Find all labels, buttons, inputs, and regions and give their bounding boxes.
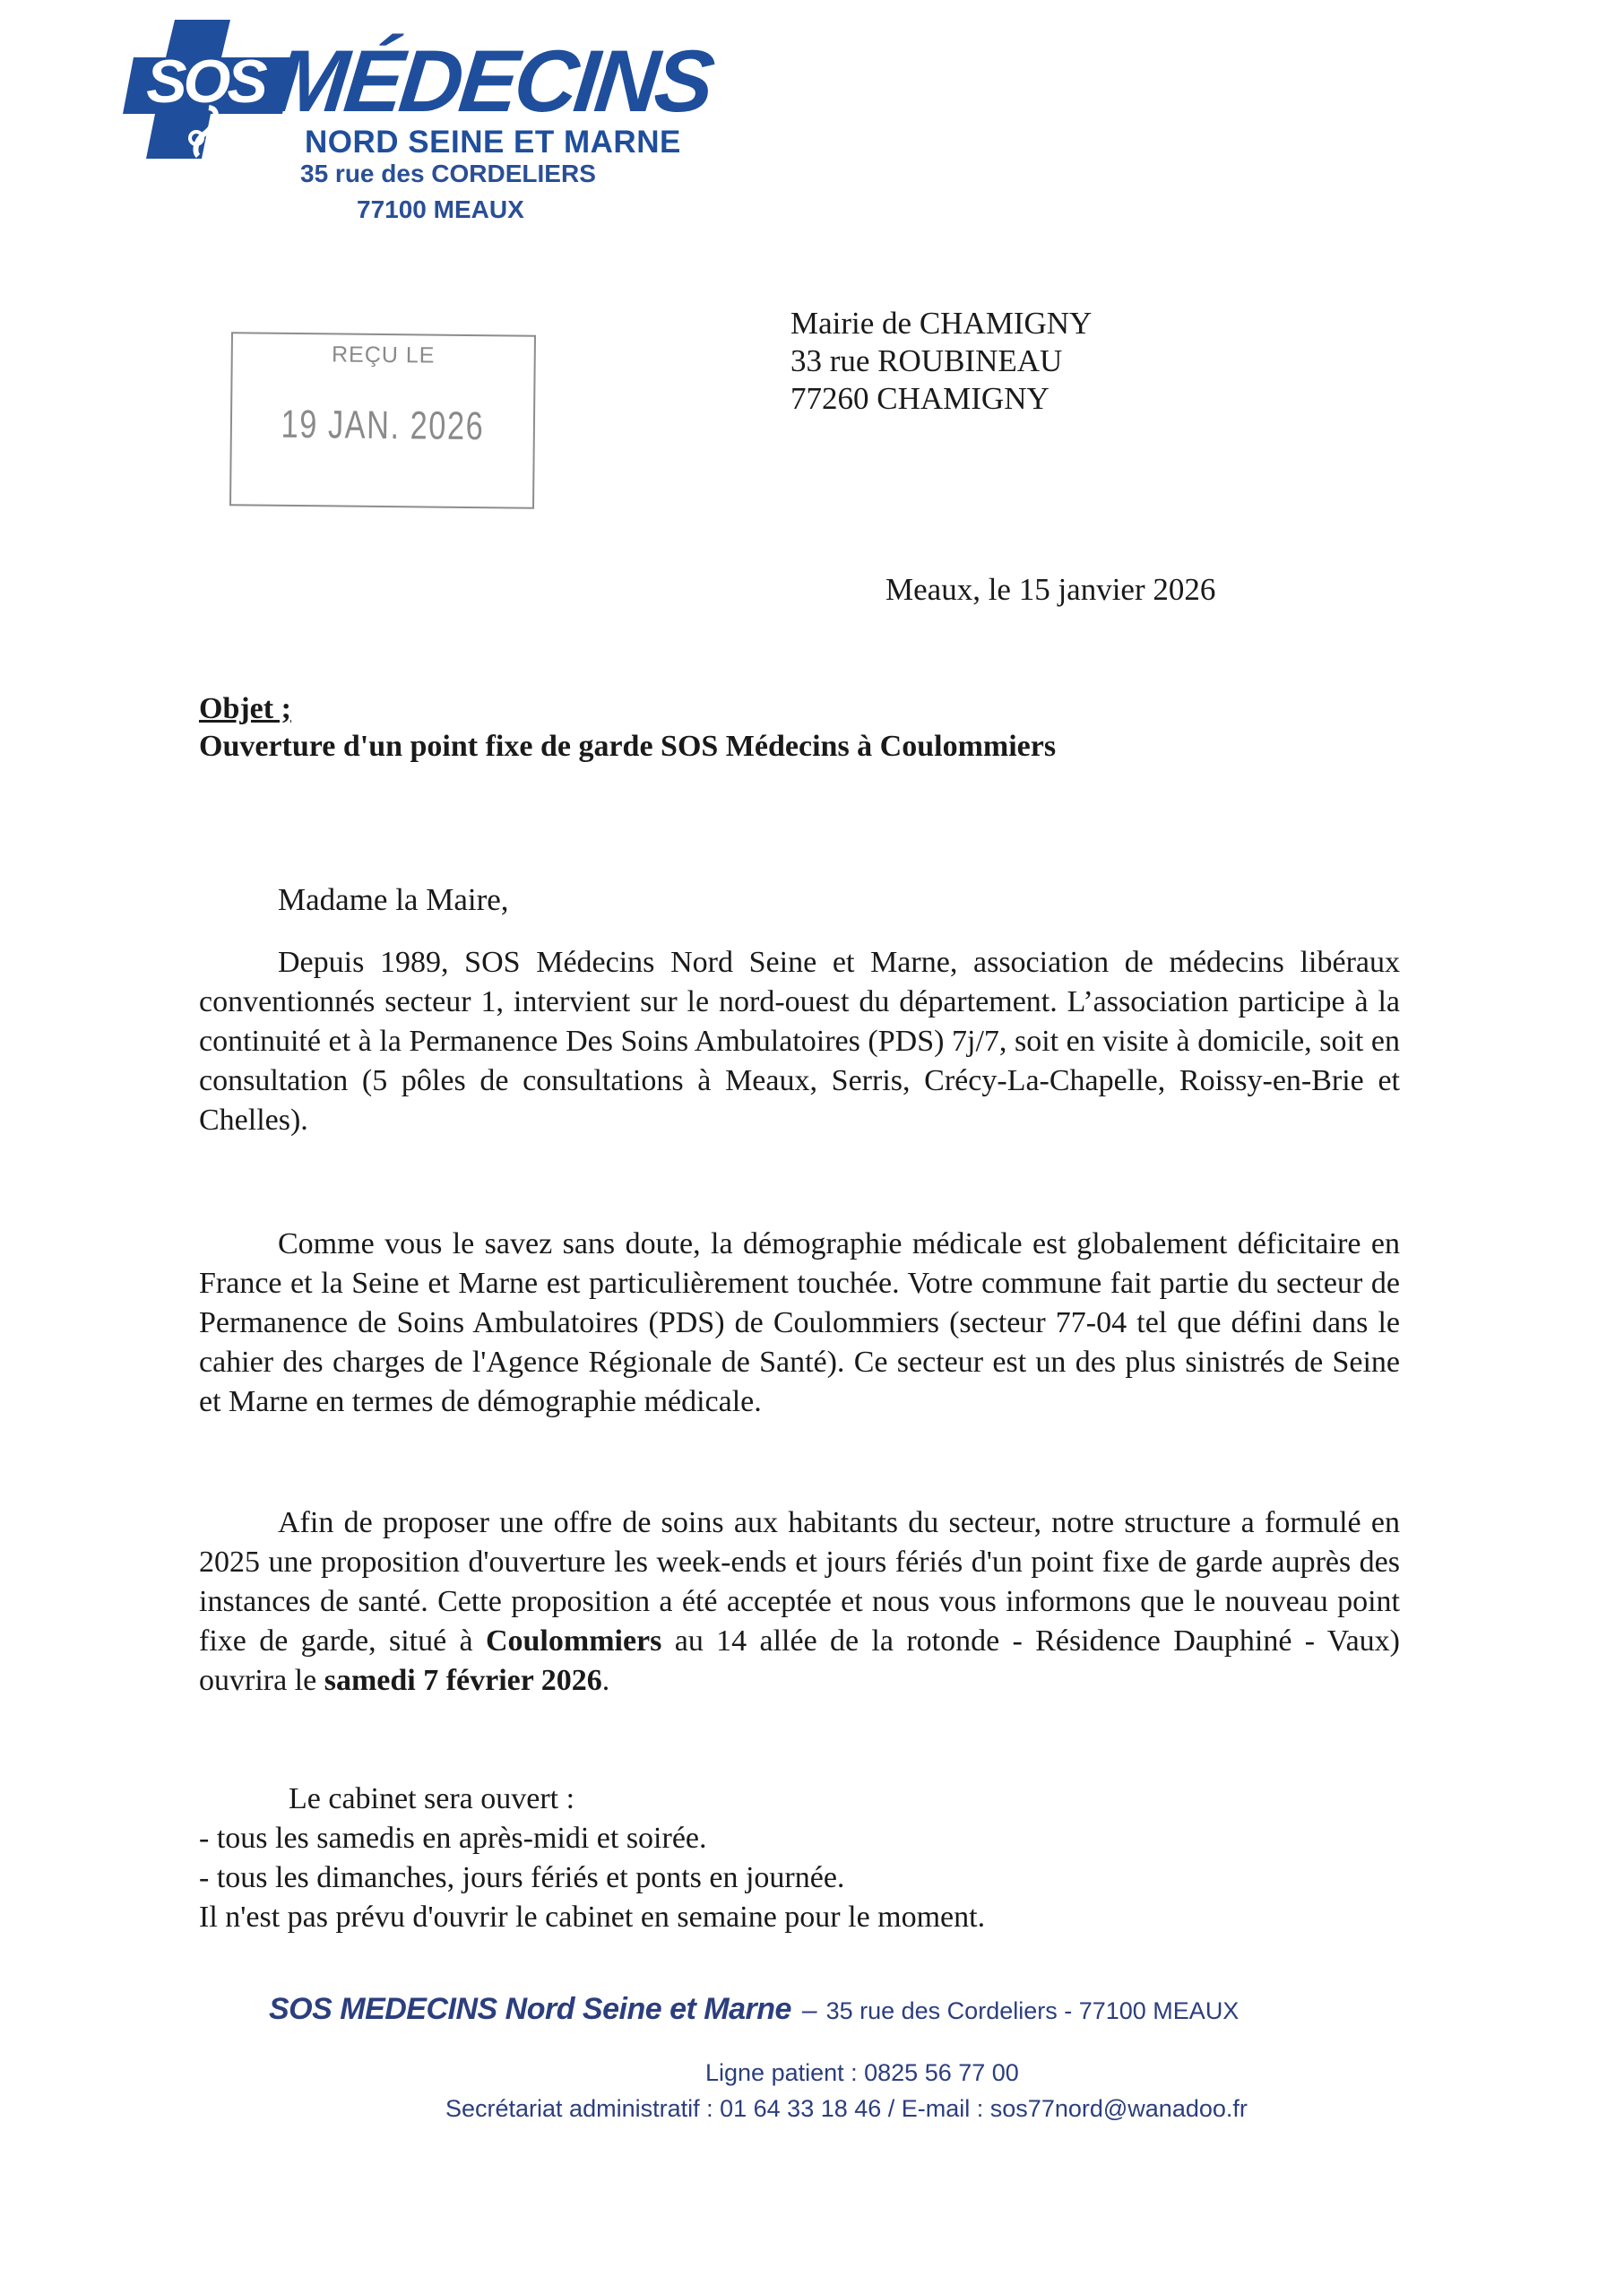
- sos-cross-logo-icon: SOS: [123, 20, 293, 159]
- logo-name: MÉDECINS: [271, 36, 715, 126]
- footer-org-name: SOS MEDECINS Nord Seine et Marne: [269, 1992, 791, 2026]
- schedule-note: Il n'est pas prévu d'ouvrir le cabinet e…: [199, 1898, 985, 1937]
- recipient-street: 33 rue ROUBINEAU: [790, 342, 1092, 380]
- opening-location: Coulommiers: [486, 1624, 661, 1658]
- sender-address-city: 77100 MEAUX: [357, 195, 524, 224]
- paragraph-3-part3: .: [602, 1664, 610, 1697]
- paragraph-3: Afin de proposer une offre de soins aux …: [199, 1503, 1400, 1701]
- subject-label: Objet ;: [199, 690, 1056, 728]
- footer-secretariat: Secrétariat administratif : 01 64 33 18 …: [445, 2095, 1248, 2123]
- logo-subtitle: NORD SEINE ET MARNE: [305, 126, 681, 160]
- paragraph-1-text: Depuis 1989, SOS Médecins Nord Seine et …: [199, 943, 1400, 1140]
- paragraph-1: Depuis 1989, SOS Médecins Nord Seine et …: [199, 943, 1400, 1140]
- footer-address: 35 rue des Cordeliers - 77100 MEAUX: [826, 1997, 1240, 2024]
- sender-address-street: 35 rue des CORDELIERS: [300, 160, 596, 188]
- opening-schedule: Le cabinet sera ouvert : - tous les same…: [199, 1780, 985, 1937]
- footer-org-line: SOS MEDECINS Nord Seine et Marne–35 rue …: [269, 1992, 1239, 2027]
- stamp-date: 19 JAN. 2026: [265, 403, 501, 450]
- letter-date: Meaux, le 15 janvier 2026: [885, 571, 1215, 609]
- received-stamp: REÇU LE 19 JAN. 2026: [229, 332, 536, 509]
- subject-block: Objet ; Ouverture d'un point fixe de gar…: [199, 690, 1056, 766]
- recipient-address: Mairie de CHAMIGNY 33 rue ROUBINEAU 7726…: [790, 305, 1092, 418]
- salutation: Madame la Maire,: [278, 880, 509, 920]
- schedule-item: - tous les dimanches, jours fériés et po…: [199, 1858, 985, 1898]
- subject-title: Ouverture d'un point fixe de garde SOS M…: [199, 728, 1056, 766]
- footer-patient-line: Ligne patient : 0825 56 77 00: [705, 2059, 1019, 2087]
- svg-text:SOS: SOS: [146, 48, 267, 116]
- paragraph-3-text: Afin de proposer une offre de soins aux …: [199, 1503, 1400, 1701]
- schedule-item: - tous les samedis en après-midi et soir…: [199, 1819, 985, 1858]
- recipient-name: Mairie de CHAMIGNY: [790, 305, 1092, 342]
- opening-date: samedi 7 février 2026: [324, 1664, 602, 1697]
- footer-separator: –: [802, 1996, 817, 2025]
- recipient-city: 77260 CHAMIGNY: [790, 380, 1092, 418]
- paragraph-2: Comme vous le savez sans doute, la démog…: [199, 1225, 1400, 1422]
- stamp-label: REÇU LE: [233, 341, 534, 370]
- schedule-intro: Le cabinet sera ouvert :: [199, 1780, 985, 1819]
- paragraph-2-text: Comme vous le savez sans doute, la démog…: [199, 1225, 1400, 1422]
